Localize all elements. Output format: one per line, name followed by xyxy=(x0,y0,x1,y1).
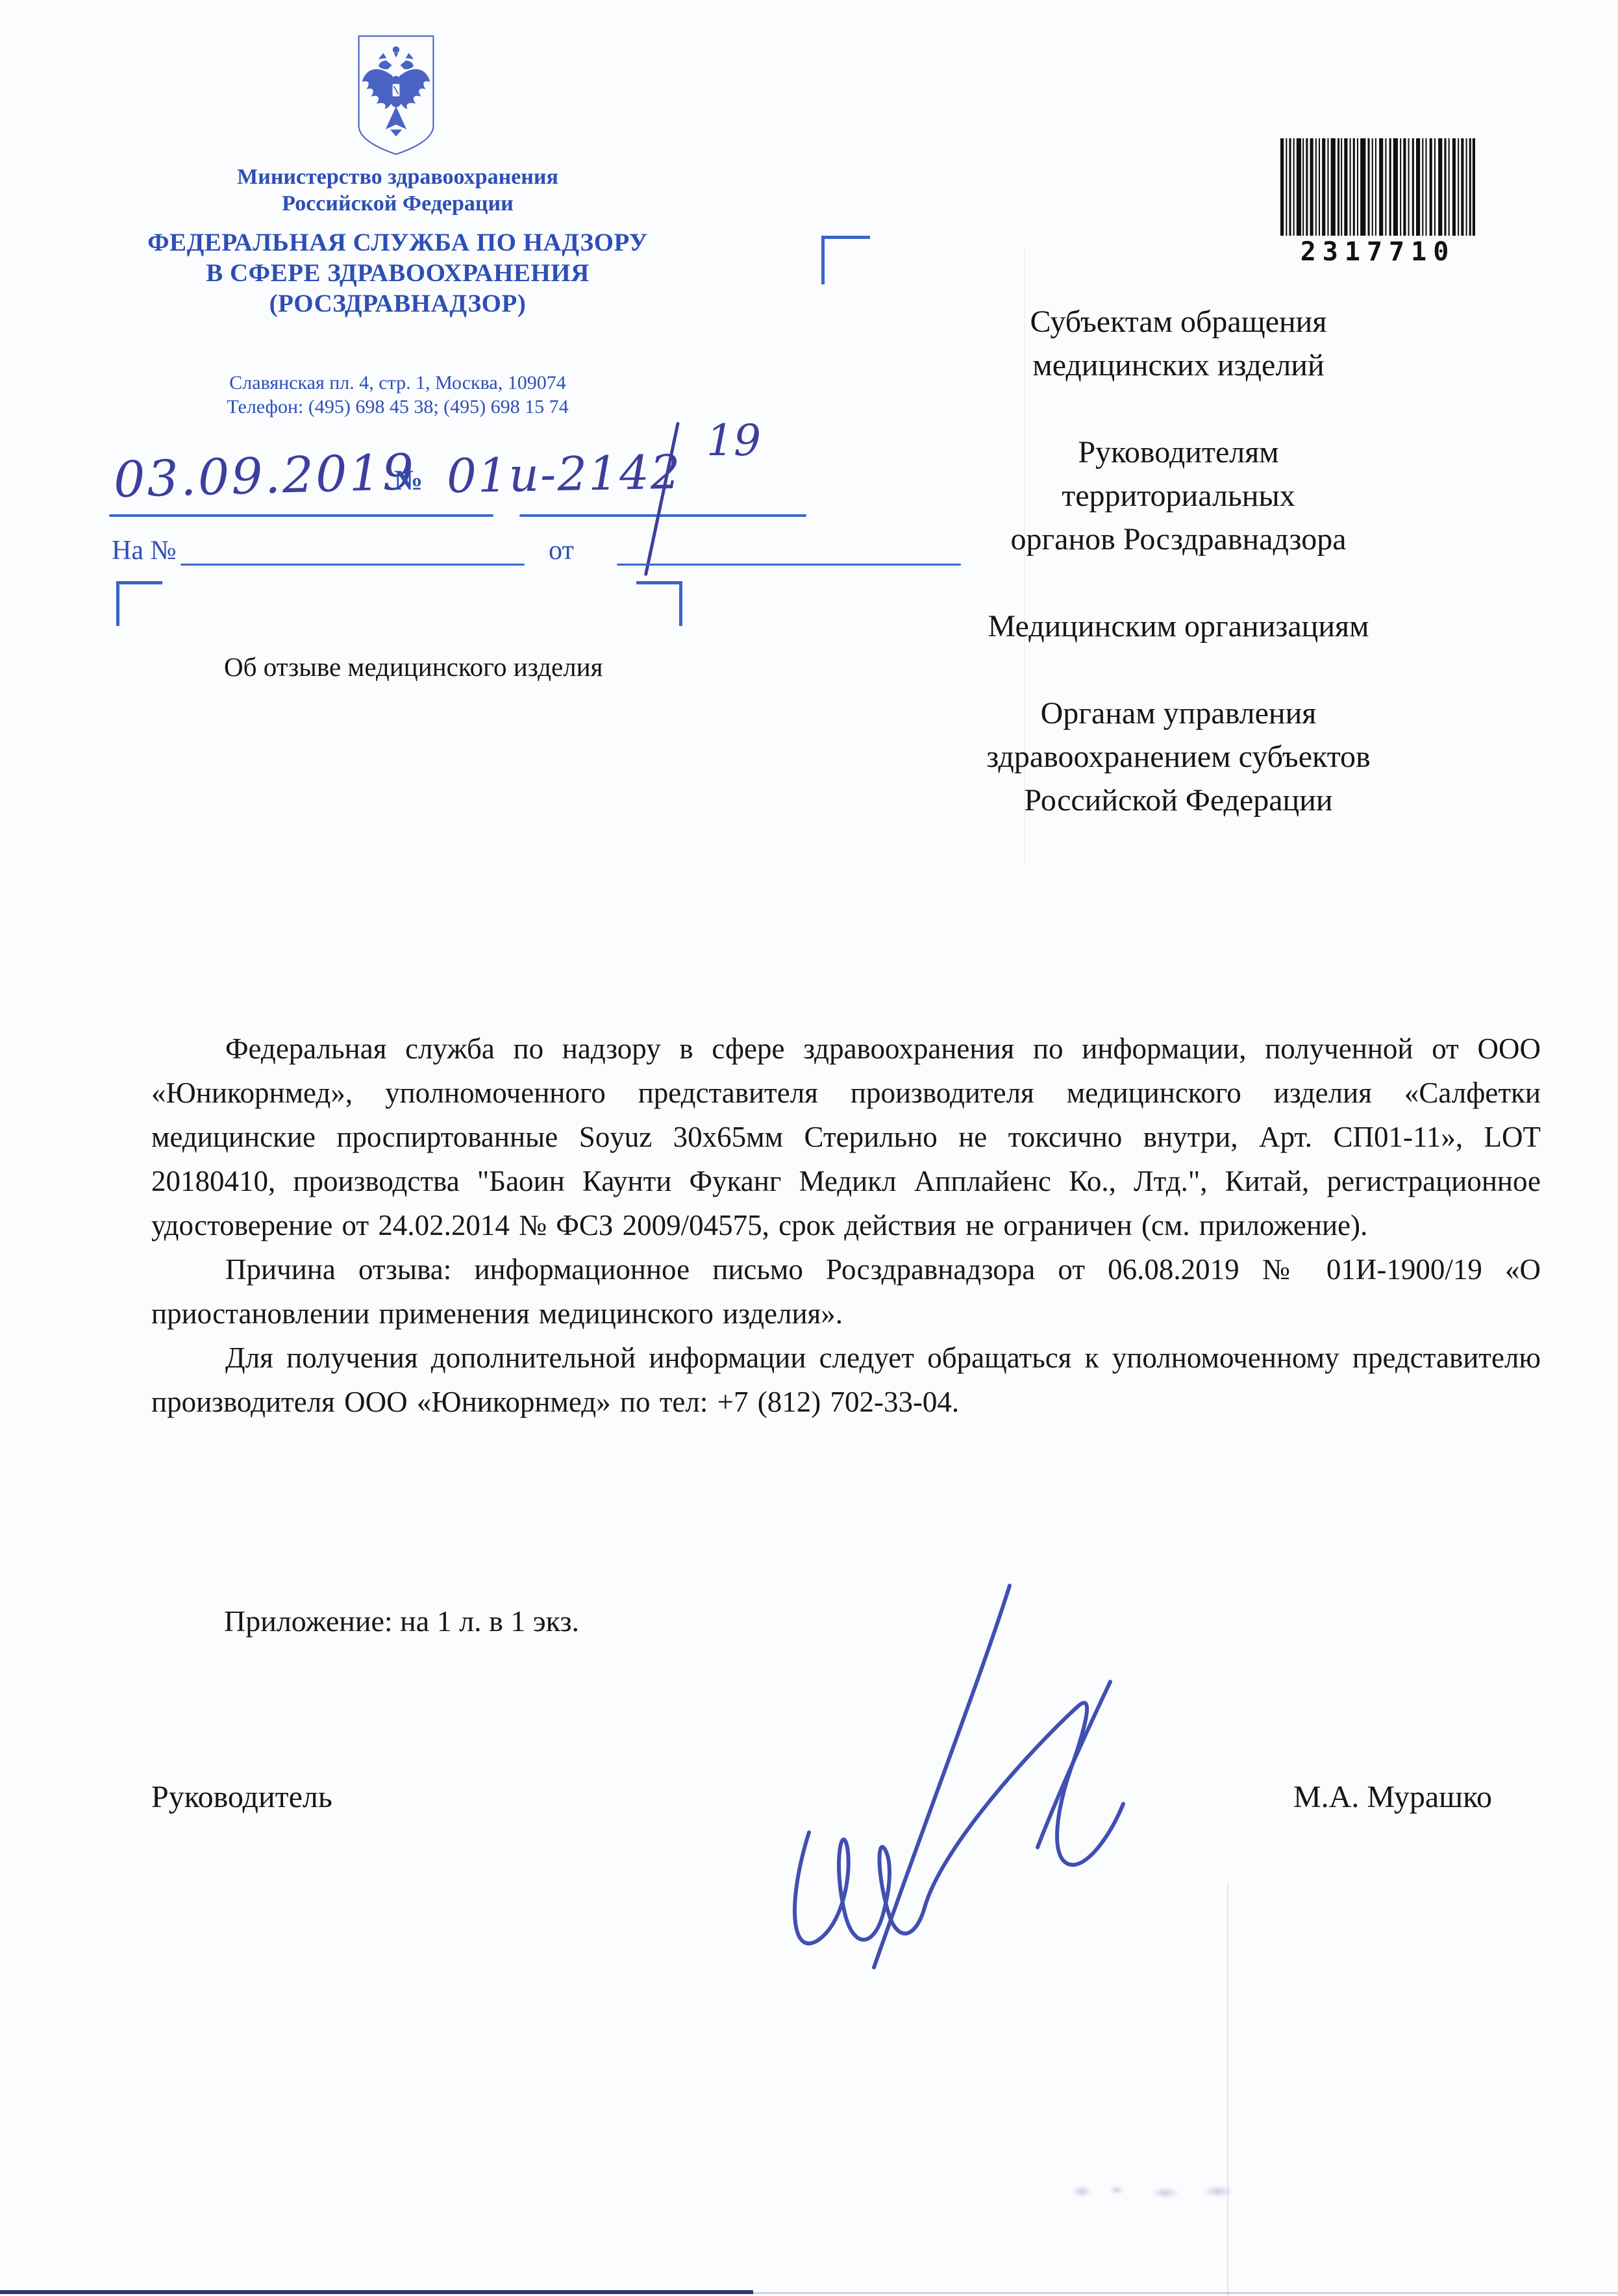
letter-body: Федеральная служба по надзору в сфере зд… xyxy=(151,1027,1541,1424)
ministry-name-line2: Российской Федерации xyxy=(84,190,711,217)
body-paragraph-3: Для получения дополнительной информации … xyxy=(151,1336,1541,1424)
handwritten-number-suffix: 19 xyxy=(706,416,761,466)
addressee-line: территориальных xyxy=(839,474,1518,518)
subject-line: Об отзыве медицинского изделия xyxy=(224,651,603,682)
subject-corner-mark-left xyxy=(116,581,162,626)
addressee-corner-mark xyxy=(821,236,870,284)
number-sign: № xyxy=(394,464,423,497)
number-underline xyxy=(519,514,806,517)
phone-line: Телефон: (495) 698 45 38; (495) 698 15 7… xyxy=(84,395,711,419)
handwritten-signature xyxy=(682,1578,1188,2019)
date-underline xyxy=(109,514,493,517)
scan-artifact-line xyxy=(1227,1883,1228,2296)
service-name-line3: (РОСЗДРАВНАДЗОР) xyxy=(84,288,711,319)
barcode-number: 2317710 xyxy=(1280,237,1475,267)
body-paragraph-2: Причина отзыва: информационное письмо Ро… xyxy=(151,1247,1541,1336)
signer-position: Руководитель xyxy=(151,1779,332,1815)
addressee-line: медицинских изделий xyxy=(839,343,1518,387)
address-line: Славянская пл. 4, стр. 1, Москва, 109074 xyxy=(84,371,711,395)
addressee-group: Субъектам обращения медицинских изделий xyxy=(839,300,1518,387)
reply-from-label: от xyxy=(549,535,574,566)
service-name: ФЕДЕРАЛЬНАЯ СЛУЖБА ПО НАДЗОРУ В СФЕРЕ ЗД… xyxy=(84,227,711,319)
addressee-group: Органам управления здравоохранением субъ… xyxy=(839,692,1518,822)
body-paragraph-1: Федеральная служба по надзору в сфере зд… xyxy=(151,1027,1541,1247)
page-bottom-edge xyxy=(0,2290,753,2294)
signer-name: М.А. Мурашко xyxy=(1293,1779,1492,1815)
addressee-line: органов Росздравнадзора xyxy=(839,518,1518,561)
addressee-group: Медицинским организациям xyxy=(839,605,1518,648)
service-name-line1: ФЕДЕРАЛЬНАЯ СЛУЖБА ПО НАДЗОРУ xyxy=(84,227,711,258)
page-bottom-edge xyxy=(753,2292,1618,2294)
document-barcode: 2317710 xyxy=(1280,138,1475,267)
handwritten-number: 01и-2142 xyxy=(446,445,682,503)
addressee-line: Руководителям xyxy=(839,430,1518,474)
contact-block: Славянская пл. 4, стр. 1, Москва, 109074… xyxy=(84,371,711,419)
addressee-line: Органам управления xyxy=(839,692,1518,735)
addressee-line: здравоохранением субъектов xyxy=(839,735,1518,779)
addressee-block: Субъектам обращения медицинских изделий … xyxy=(839,300,1518,866)
addressee-line: Субъектам обращения xyxy=(839,300,1518,343)
scanned-letter-page: Министерство здравоохранения Российской … xyxy=(0,0,1618,2296)
service-name-line2: В СФЕРЕ ЗДРАВООХРАНЕНИЯ xyxy=(84,258,711,288)
reply-number-label: На № xyxy=(112,535,177,566)
addressee-line: Российской Федерации xyxy=(839,779,1518,822)
subject-corner-mark-right xyxy=(636,581,682,626)
letterhead: Министерство здравоохранения Российской … xyxy=(84,164,711,419)
attachment-note: Приложение: на 1 л. в 1 экз. xyxy=(224,1604,579,1638)
addressee-line: Медицинским организациям xyxy=(839,605,1518,648)
reply-number-underline xyxy=(180,564,525,566)
ministry-name-line1: Министерство здравоохранения xyxy=(84,164,711,190)
coat-of-arms-icon xyxy=(351,31,442,161)
addressee-group: Руководителям территориальных органов Ро… xyxy=(839,430,1518,561)
ink-bleed-through xyxy=(1058,2177,1253,2206)
barcode-bars xyxy=(1280,138,1475,236)
handwritten-date: 03.09.2019 xyxy=(113,443,416,508)
